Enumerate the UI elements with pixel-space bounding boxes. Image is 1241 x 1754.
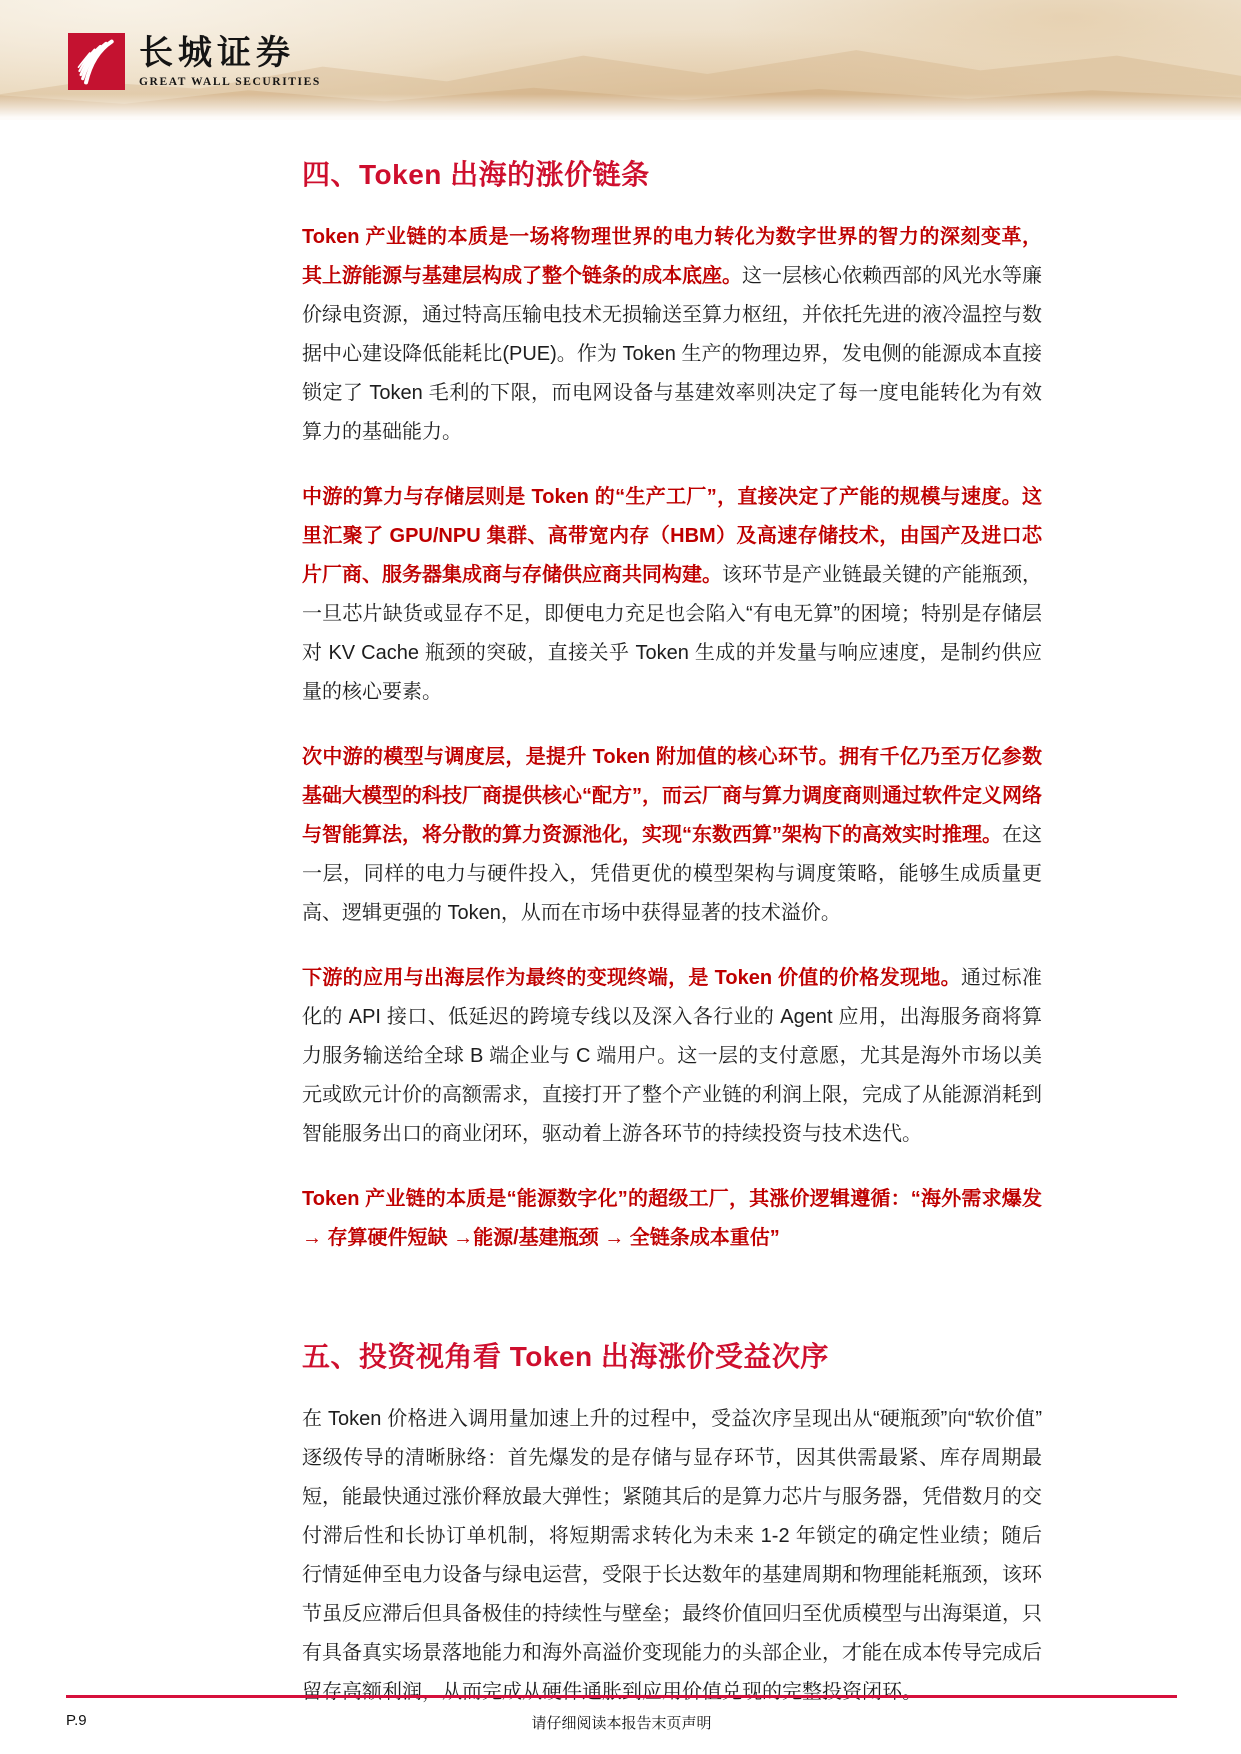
paragraph-text: 在 Token 价格进入调用量加速上升的过程中，受益次序呈现出从“硬瓶颈”向“软…: [302, 1408, 1042, 1703]
paragraph-text: 这一层核心依赖西部的风光水等廉价绿电资源，通过特高压输电技术无损输送至算力枢纽，…: [302, 265, 1042, 443]
footer-disclaimer: 请仔细阅读本报告末页声明: [531, 1712, 711, 1733]
paragraph-chain-logic: Token 产业链的本质是“能源数字化”的超级工厂，其涨价逻辑遵循：“海外需求爆…: [302, 1180, 1042, 1258]
paragraph-emphasis: 次中游的模型与调度层，是提升 Token 附加值的核心环节。拥有千亿乃至万亿参数…: [302, 746, 1042, 846]
paragraph-text: 通过标准化的 API 接口、低延迟的跨境专线以及深入各行业的 Agent 应用，…: [302, 967, 1042, 1145]
paragraph-emphasis: Token 产业链的本质是“能源数字化”的超级工厂，其涨价逻辑遵循：“海外需求爆…: [302, 1188, 1042, 1249]
report-page: { "brand": { "logo_cn": "长城证券", "logo_en…: [0, 0, 1241, 1754]
paragraph-emphasis: 下游的应用与出海层作为最终的变现终端，是 Token 价值的价格发现地。: [302, 967, 961, 989]
report-body: 四、Token 出海的涨价链条 Token 产业链的本质是一场将物理世界的电力转…: [302, 158, 1042, 1712]
great-wall-securities-logo-icon: [68, 33, 125, 90]
page-footer: P.9 请仔细阅读本报告末页声明: [66, 1695, 1177, 1730]
logo-text: 长城证券 GREAT WALL SECURITIES: [139, 33, 321, 88]
paragraph-model-layer: 次中游的模型与调度层，是提升 Token 附加值的核心环节。拥有千亿乃至万亿参数…: [302, 738, 1042, 933]
paragraph-downstream: 下游的应用与出海层作为最终的变现终端，是 Token 价值的价格发现地。通过标准…: [302, 959, 1042, 1154]
paragraph-upstream: Token 产业链的本质是一场将物理世界的电力转化为数字世界的智力的深刻变革，其…: [302, 218, 1042, 452]
header-bottom-fade: [0, 94, 1241, 120]
section-title-4: 四、Token 出海的涨价链条: [302, 158, 1042, 192]
logo-name-cn: 长城证券: [139, 35, 321, 73]
paragraph-midstream: 中游的算力与存储层则是 Token 的“生产工厂”，直接决定了产能的规模与速度。…: [302, 478, 1042, 712]
logo-name-en: GREAT WALL SECURITIES: [139, 76, 321, 88]
company-logo: 长城证券 GREAT WALL SECURITIES: [68, 33, 321, 90]
report-header-banner: 长城证券 GREAT WALL SECURITIES: [0, 0, 1241, 120]
paragraph-investment-order: 在 Token 价格进入调用量加速上升的过程中，受益次序呈现出从“硬瓶颈”向“软…: [302, 1400, 1042, 1712]
section-title-5: 五、投资视角看 Token 出海涨价受益次序: [302, 1340, 1042, 1374]
page-number: P.9: [66, 1712, 87, 1729]
